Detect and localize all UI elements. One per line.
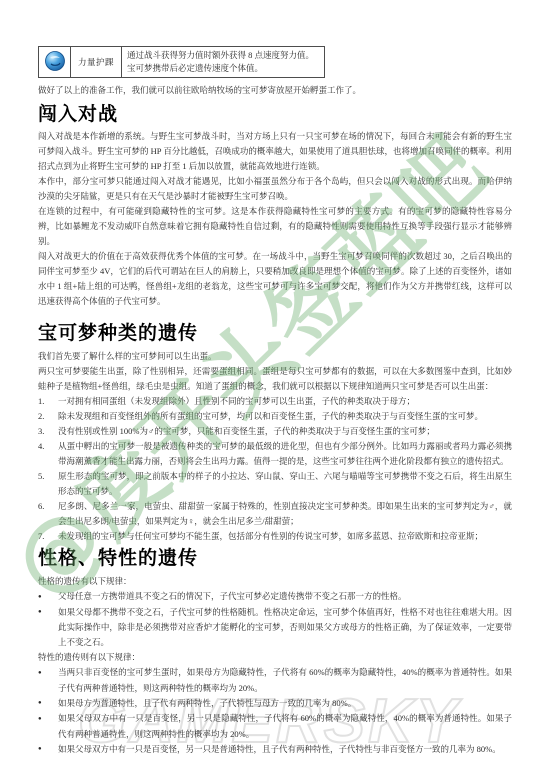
bullet-icon: ● <box>38 605 58 620</box>
rule-text: 从蛋中孵出的宝可梦一般是被遗传种类的宝可梦的最低级的进化型，但也有少部分例外。比… <box>58 441 512 466</box>
numbered-rule: 2.除未发现组和百变怪组外的所有蛋组的宝可梦，均可以和百变怪生蛋，子代的种类取决… <box>38 409 512 424</box>
rule-number: 6. <box>38 499 58 514</box>
bullet-item: ●如果父母双方中有一只是百变怪，另一只是普通特性，且子代有两种特性，子代特性与非… <box>38 742 512 758</box>
paragraph: 我们首先要了解什么样的宝可梦间可以生出蛋。 <box>38 349 512 364</box>
item-table-row: 力量护踝 通过战斗获得努力值时额外获得 8 点速度努力值。 宝可梦携带后必定遗传… <box>39 47 325 78</box>
bullet-text: 如果母方为普通特性，且子代有两种特性，子代特性与母方一致的几率为 80%。 <box>58 698 356 708</box>
paragraph: 两只宝可梦要能生出蛋，除了性别相异，还需要蛋组相同。蛋组是每只宝可梦都有的数据，… <box>38 364 512 394</box>
paragraph: 在连锁的过程中，有可能碰到隐藏特性的宝可梦。这是本作获得隐藏特性宝可梦的主要方式… <box>38 204 512 249</box>
nature-intro: 性格的遗传有以下规律： <box>38 574 512 589</box>
ability-intro: 特性的遗传则有以下规律： <box>38 650 512 665</box>
item-desc-line1: 通过战斗获得努力值时额外获得 8 点速度努力值。 <box>127 49 319 62</box>
intro-paragraph: 做好了以上的准备工作，我们就可以前往欧哈纳牧场的宝可梦寄放屋开始孵蛋工作了。 <box>38 83 512 98</box>
numbered-rule: 7.未发现组的宝可梦与任何宝可梦均不能生蛋，包括部分有性别的传说宝可梦，如席多蓝… <box>38 529 512 544</box>
item-icon-cell <box>39 47 71 78</box>
rule-text: 原生形态的宝可梦，即之前版本中的样子的小拉达、穿山鼠、穿山王、六尾与喵喵等宝可梦… <box>58 471 512 496</box>
bullet-icon: ● <box>38 666 58 681</box>
rule-number: 2. <box>38 409 58 424</box>
rule-text: 一对拥有相同蛋组（未发现组除外）且性别不同的宝可梦可以生出蛋，子代的种类取决于母… <box>58 396 415 406</box>
bullet-item: ●当两只非百变怪的宝可梦生蛋时，如果母方为隐藏特性，子代将有 60%的概率为隐藏… <box>38 665 512 696</box>
bullet-text: 父母任意一方携带道具不变之石的情况下，子代宝可梦必定遗传携带不变之石那一方的性格… <box>58 591 407 601</box>
bullet-text: 如果父母双方中有一只是百变怪，另一只是隐藏特性，子代将有 60%的概率为隐藏特性… <box>58 713 512 739</box>
paragraph: 闯入对战是本作新增的系统。与野生宝可梦战斗时，当对方场上只有一只宝可梦在场的情况… <box>38 129 512 174</box>
rule-text: 没有性别或性别 100%为♂的宝可梦，只能和百变怪生蛋，子代的种类取决于与百变怪… <box>58 426 435 436</box>
bullet-item: ●如果父母都不携带不变之石，子代宝可梦的性格随机。性格决定命运，宝可梦个体值再好… <box>38 605 512 651</box>
bullet-item: ●如果母方为普通特性，且子代有两种特性，子代特性与母方一致的几率为 80%。 <box>38 696 512 712</box>
document-page: GAMERSKY <box>0 0 550 777</box>
rule-number: 4. <box>38 439 58 454</box>
numbered-rule: 4.从蛋中孵出的宝可梦一般是被遗传种类的宝可梦的最低级的进化型，但也有少部分例外… <box>38 439 512 469</box>
bullet-icon: ● <box>38 712 58 727</box>
item-desc-line2: 宝可梦携带后必定遗传速度个体值。 <box>127 62 319 75</box>
numbered-rule: 5.原生形态的宝可梦，即之前版本中的样子的小拉达、穿山鼠、穿山王、六尾与喵喵等宝… <box>38 469 512 499</box>
item-description: 通过战斗获得努力值时额外获得 8 点速度努力值。 宝可梦携带后必定遗传速度个体值… <box>122 47 325 78</box>
bullet-text: 如果父母都不携带不变之石，子代宝可梦的性格随机。性格决定命运，宝可梦个体值再好，… <box>58 607 512 648</box>
bullet-text: 如果父母双方中有一只是百变怪，另一只是普通特性，且子代有两种特性，子代特性与非百… <box>58 744 501 754</box>
rule-text: 未发现组的宝可梦与任何宝可梦均不能生蛋，包括部分有性别的传说宝可梦，如席多蓝恩、… <box>58 531 483 541</box>
bullet-text: 当两只非百变怪的宝可梦生蛋时，如果母方为隐藏特性，子代将有 60%的概率为隐藏特… <box>58 667 512 693</box>
item-name: 力量护踝 <box>71 47 122 78</box>
rule-number: 7. <box>38 529 58 544</box>
item-table: 力量护踝 通过战斗获得努力值时额外获得 8 点速度努力值。 宝可梦携带后必定遗传… <box>38 46 325 78</box>
numbered-rule: 6.尼多朗、尼多兰一家，电萤虫、甜甜萤一家属于特殊的，性别直接决定宝可梦种类。即… <box>38 499 512 529</box>
numbered-rule: 1.一对拥有相同蛋组（未发现组除外）且性别不同的宝可梦可以生出蛋，子代的种类取决… <box>38 394 512 409</box>
bullet-item: ●父母任意一方携带道具不变之石的情况下，子代宝可梦必定遗传携带不变之石那一方的性… <box>38 589 512 605</box>
bullet-item: ●如果父母双方中有一只是百变怪，另一只是隐藏特性，子代将有 60%的概率为隐藏特… <box>38 711 512 742</box>
section-heading-nature-ability-inheritance: 性格、特性的遗传 <box>38 547 512 571</box>
rule-text: 尼多朗、尼多兰一家，电萤虫、甜甜萤一家属于特殊的，性别直接决定宝可梦种类。即如果… <box>58 501 512 526</box>
paragraph: 闯入对战更大的价值在于高效获得优秀个体值的宝可梦。在一场战斗中，当野生宝可梦召唤… <box>38 249 512 309</box>
document-content: 力量护踝 通过战斗获得努力值时额外获得 8 点速度努力值。 宝可梦携带后必定遗传… <box>0 0 550 757</box>
rule-number: 5. <box>38 469 58 484</box>
bullet-icon: ● <box>38 742 58 757</box>
rule-number: 3. <box>38 424 58 439</box>
bullet-icon: ● <box>38 590 58 605</box>
power-anklet-icon <box>44 50 66 72</box>
section-heading-ambush-battle: 闯入对战 <box>38 103 512 127</box>
section-heading-species-inheritance: 宝可梦种类的遗传 <box>38 322 512 346</box>
paragraph: 本作中，部分宝可梦只能通过闯入对战才能遇见，比如小福蛋虽然分布于各个岛屿，但只会… <box>38 174 512 204</box>
rule-text: 除未发现组和百变怪组外的所有蛋组的宝可梦，均可以和百变怪生蛋，子代的种类取决于与… <box>58 411 483 421</box>
numbered-rule: 3.没有性别或性别 100%为♂的宝可梦，只能和百变怪生蛋，子代的种类取决于与百… <box>38 424 512 439</box>
bullet-icon: ● <box>38 696 58 711</box>
rule-number: 1. <box>38 394 58 409</box>
